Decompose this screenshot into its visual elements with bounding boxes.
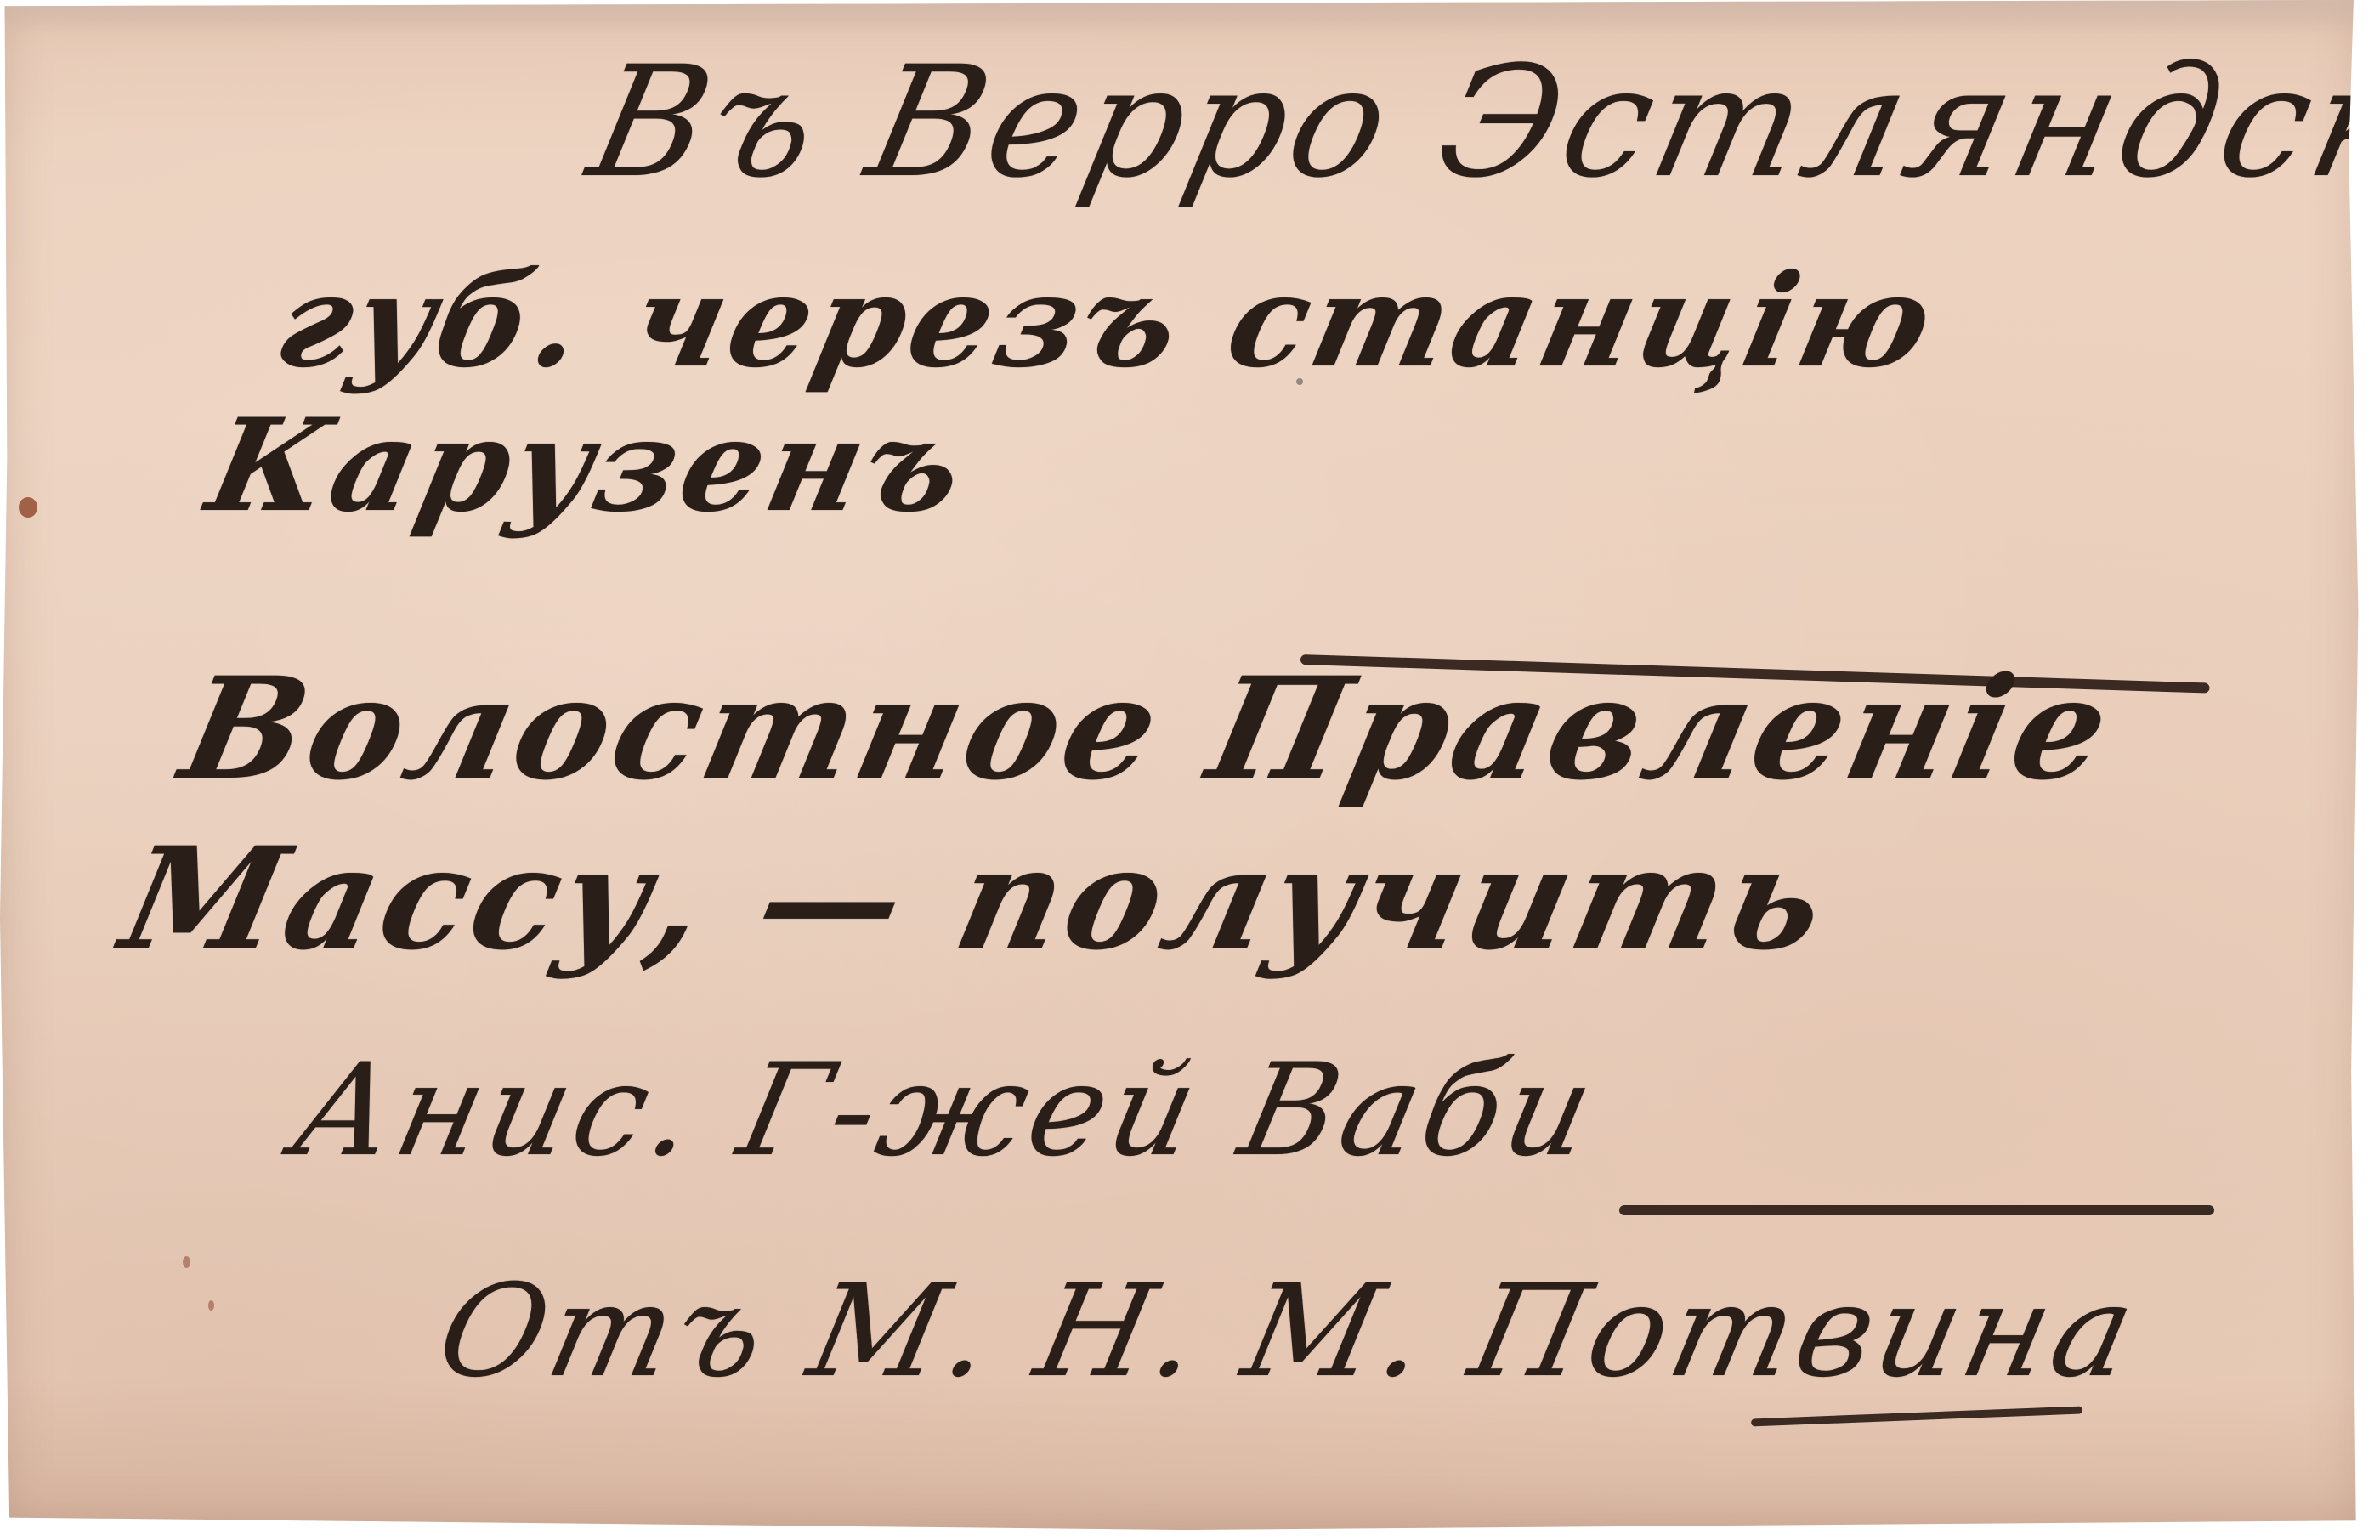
address-line-1: Въ Верро Эстляндской xyxy=(576,34,2380,212)
envelope-paper: Въ Верро Эстляндской губ. черезъ станцiю… xyxy=(0,0,2363,1530)
ink-stain xyxy=(19,497,37,518)
address-line-2: губ. черезъ станцiю xyxy=(264,246,1950,396)
sender-line: Отъ М. Н. М. Потвина xyxy=(427,1258,2151,1406)
paper-top-edge xyxy=(0,0,2363,34)
underline-stroke xyxy=(1751,1407,2082,1427)
underline-stroke xyxy=(1619,1205,2214,1215)
ink-stain xyxy=(183,1256,190,1268)
address-line-4: Волостное Правленiе xyxy=(169,646,2128,811)
address-line-3: Карузенъ xyxy=(196,391,981,541)
address-line-5: Массу, — получить xyxy=(110,816,1844,981)
address-line-6: Анис. Г-жей Ваби xyxy=(282,1037,1611,1185)
ink-stain xyxy=(208,1300,214,1311)
